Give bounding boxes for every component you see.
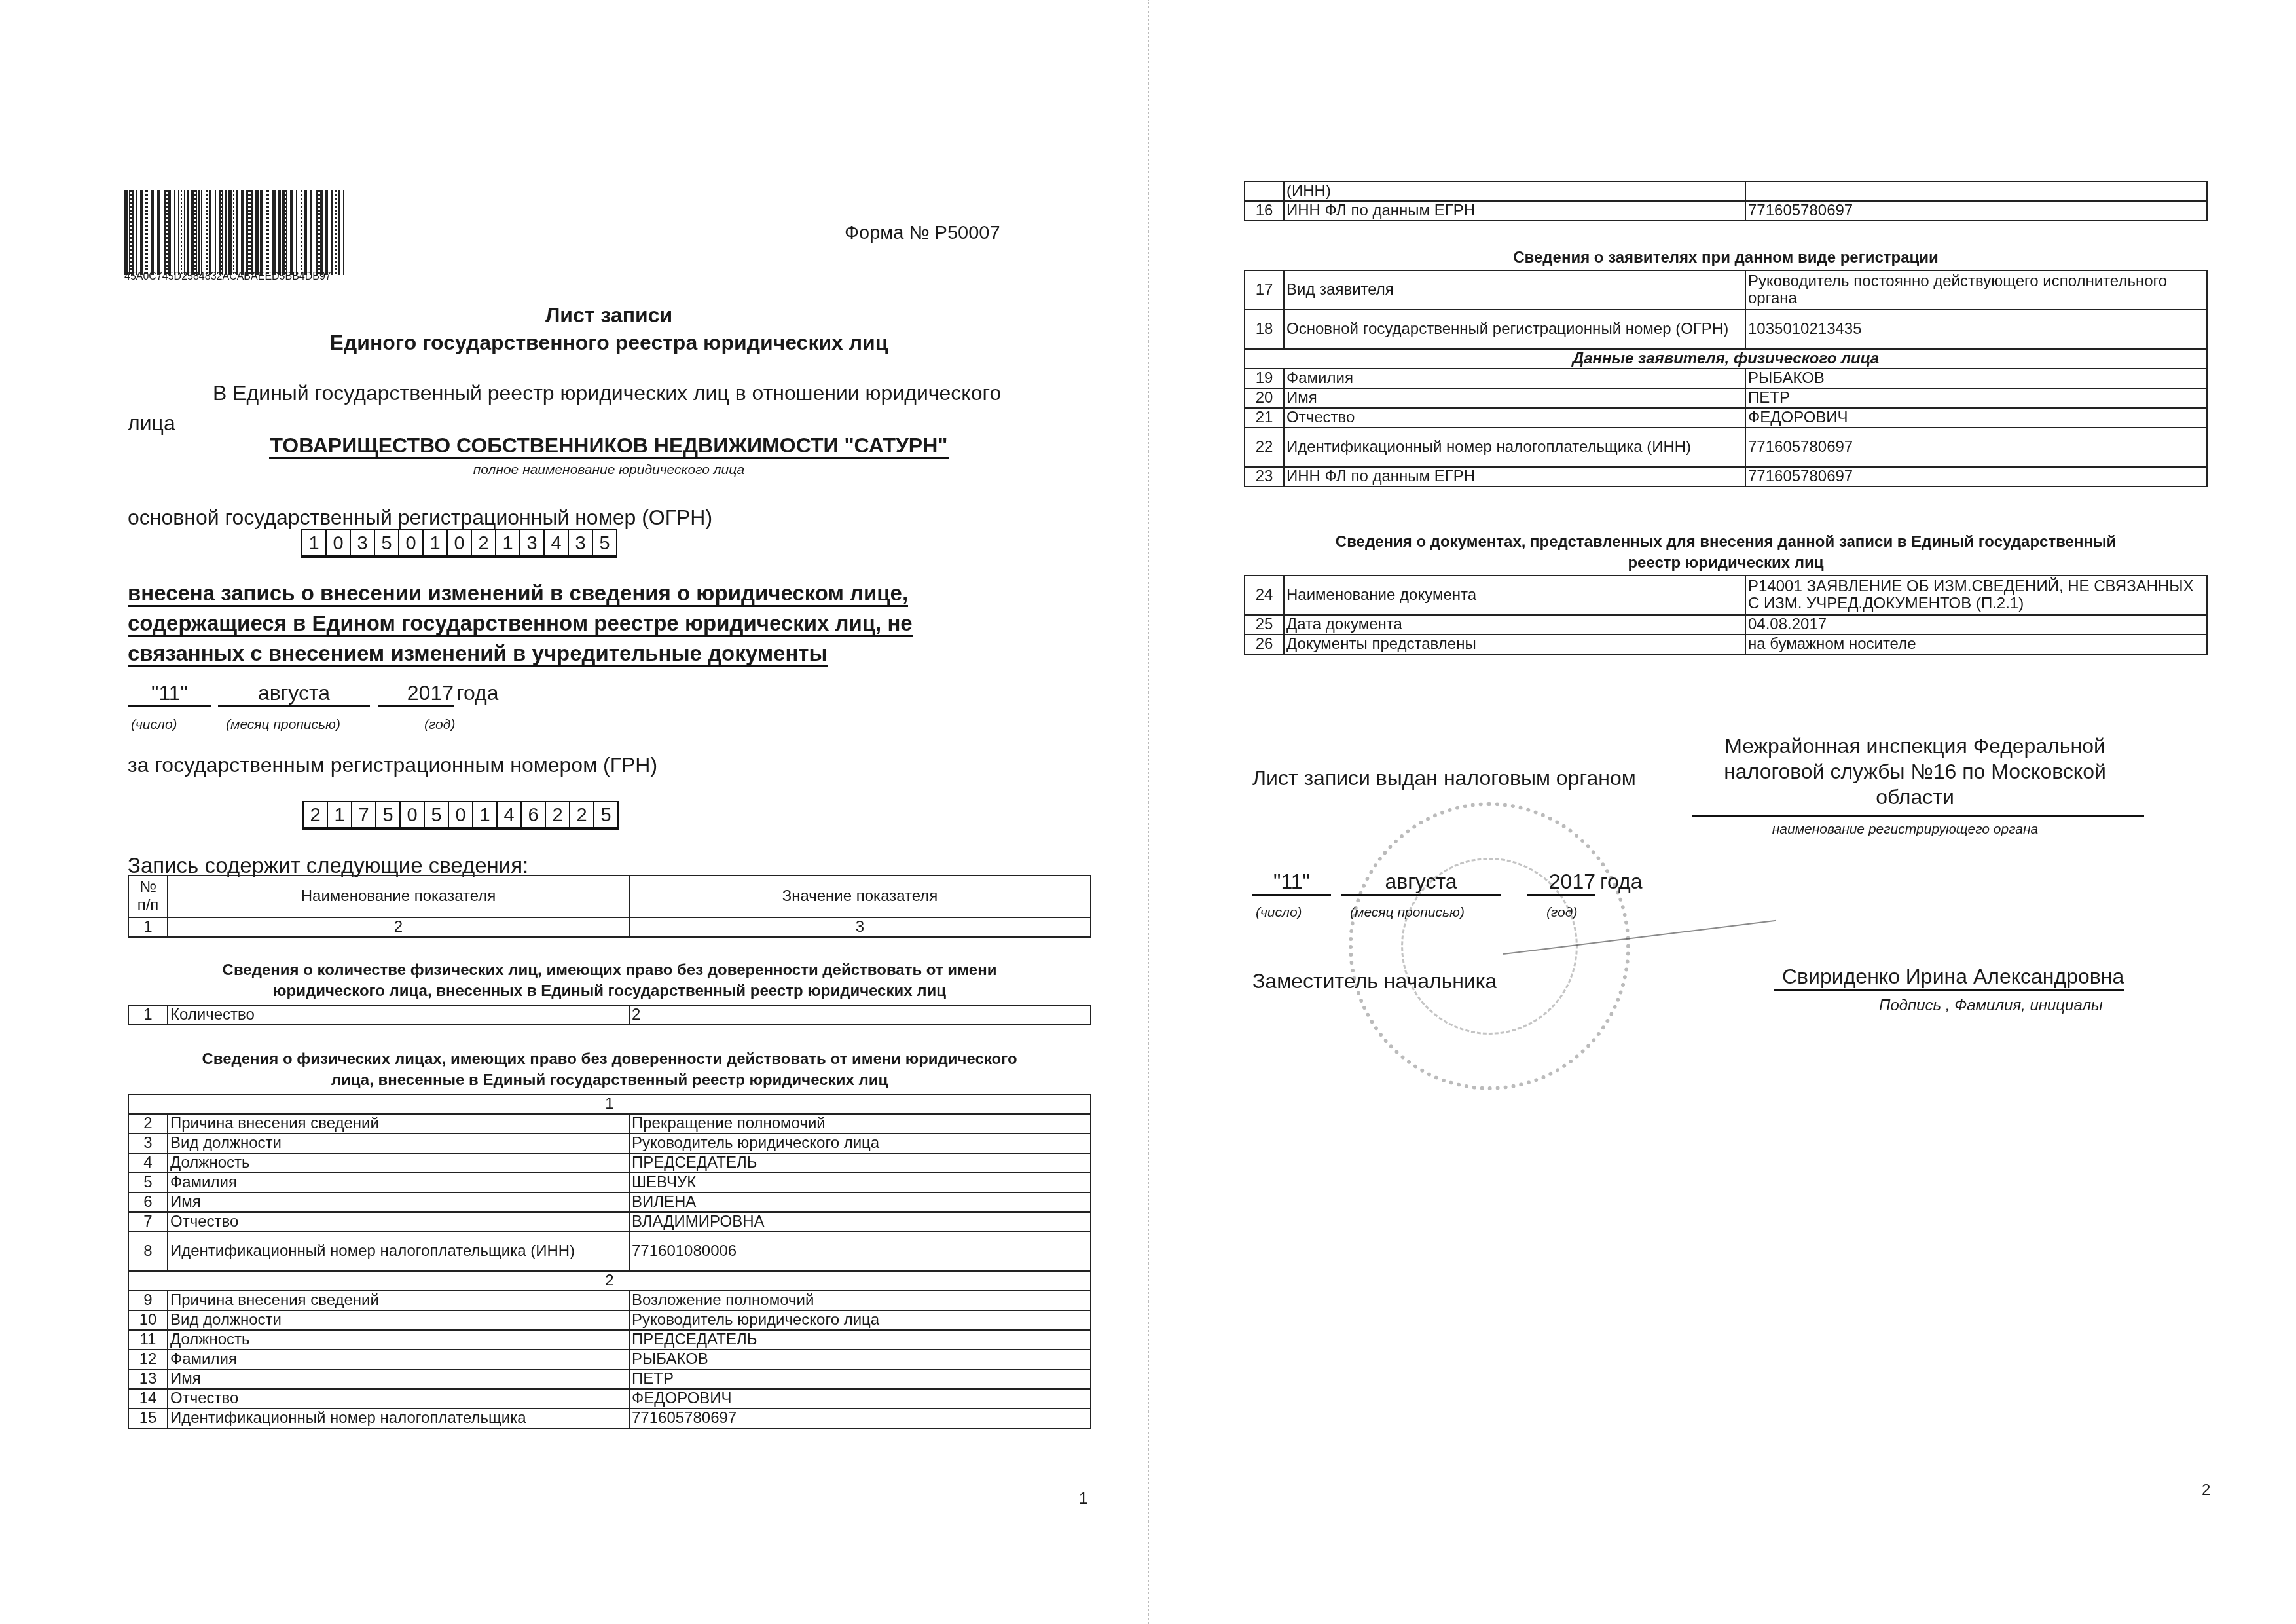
digit-box: 0 — [401, 802, 425, 827]
row-value: 1035010213435 — [1745, 310, 2207, 349]
table-row: 20ИмяПЕТР — [1245, 388, 2207, 408]
document-subtitle: Единого государственного реестра юридиче… — [128, 331, 1090, 355]
section-title-line: лица, внесенные в Единый государственный… — [128, 1070, 1091, 1091]
row-value: ПРЕДСЕДАТЕЛЬ — [629, 1330, 1091, 1350]
row-number: 1 — [128, 1005, 168, 1025]
row-label: Фамилия — [168, 1173, 629, 1192]
table-row: 7ОтчествоВЛАДИМИРОВНА — [128, 1212, 1091, 1232]
row-value: ПРЕДСЕДАТЕЛЬ — [629, 1153, 1091, 1173]
row-number: 2 — [128, 1114, 168, 1134]
row-number: 12 — [128, 1350, 168, 1369]
index-row: 1 2 3 — [128, 917, 1091, 937]
row-number: 9 — [128, 1291, 168, 1310]
row-value: на бумажном носителе — [1745, 635, 2207, 654]
issuer-name: Межрайонная инспекция Федеральной налого… — [1689, 733, 2141, 810]
row-label: Вид должности — [168, 1310, 629, 1330]
section-count-title: Сведения о количестве физических лиц, им… — [128, 960, 1091, 1002]
statement-line1: внесена запись о внесении изменений в св… — [128, 578, 1044, 608]
row-number: 17 — [1245, 270, 1284, 310]
section-title-line: Сведения о документах, представленных дл… — [1244, 532, 2208, 553]
row-number: 6 — [128, 1192, 168, 1212]
statement-line2: содержащиеся в Едином государственном ре… — [128, 608, 1044, 638]
row-label: Основной государственный регистрационный… — [1284, 310, 1745, 349]
table-row: 8Идентификационный номер налогоплательщи… — [128, 1232, 1091, 1271]
date-day-caption: (число) — [1256, 905, 1302, 921]
digit-box: 5 — [594, 802, 617, 827]
row-value: Руководитель юридического лица — [629, 1134, 1091, 1153]
row-value: ФЕДОРОВИЧ — [1745, 408, 2207, 428]
group-header-row: 1 — [128, 1094, 1091, 1114]
row-number: 19 — [1245, 369, 1284, 388]
index-cell: 3 — [629, 917, 1091, 937]
row-label: Отчество — [168, 1212, 629, 1232]
digit-box: 1 — [424, 530, 448, 555]
org-full-name-text: ТОВАРИЩЕСТВО СОБСТВЕННИКОВ НЕДВИЖИМОСТИ … — [269, 434, 949, 459]
date-day-caption: (число) — [131, 717, 177, 733]
table-row: 9Причина внесения сведенийВозложение пол… — [128, 1291, 1091, 1310]
table-row: 2Причина внесения сведенийПрекращение по… — [128, 1114, 1091, 1134]
digit-box: 1 — [328, 802, 352, 827]
table-row: 24Наименование документаР14001 ЗАЯВЛЕНИЕ… — [1245, 576, 2207, 615]
row-value: Возложение полномочий — [629, 1291, 1091, 1310]
row-label: ИНН ФЛ по данным ЕГРН — [1284, 467, 1745, 487]
row-label: Дата документа — [1284, 615, 1745, 635]
digit-box: 5 — [425, 802, 449, 827]
row-value: 2 — [629, 1005, 1091, 1025]
row-label: Вид заявителя — [1284, 270, 1745, 310]
row-label: Вид должности — [168, 1134, 629, 1153]
row-label: Фамилия — [168, 1350, 629, 1369]
row-value: Руководитель юридического лица — [629, 1310, 1091, 1330]
row-label: Должность — [168, 1153, 629, 1173]
row-label: Имя — [1284, 388, 1745, 408]
row-number: 5 — [128, 1173, 168, 1192]
row-label: Идентификационный номер налогоплательщик… — [168, 1409, 629, 1428]
row-value: Руководитель постоянно действующего испо… — [1745, 270, 2207, 310]
row-label: Наименование документа — [1284, 576, 1745, 615]
row-value: 771605780697 — [1745, 201, 2207, 221]
digit-box: 5 — [376, 802, 401, 827]
row-number: 4 — [128, 1153, 168, 1173]
table-row: 1Количество2 — [128, 1005, 1091, 1025]
date-year: 2017 — [1527, 870, 1595, 896]
ogrn-label: основной государственный регистрационный… — [128, 506, 712, 530]
barcode-2d-icon — [124, 190, 383, 275]
row-label: Фамилия — [1284, 369, 1745, 388]
row-number — [1245, 181, 1284, 201]
date-year-caption: (год) — [1546, 905, 1577, 921]
row-label: ИНН ФЛ по данным ЕГРН — [1284, 201, 1745, 221]
group-number: 2 — [128, 1271, 1091, 1291]
row-label: Идентификационный номер налогоплательщик… — [168, 1232, 629, 1271]
signer-position: Заместитель начальника — [1252, 969, 1497, 993]
statement-text: связанных с внесением изменений в учреди… — [128, 641, 828, 667]
digit-box: 1 — [496, 530, 520, 555]
row-number: 8 — [128, 1232, 168, 1271]
digit-box: 2 — [304, 802, 328, 827]
digit-box: 0 — [449, 802, 473, 827]
row-number: 3 — [128, 1134, 168, 1153]
col-num-header: № п/п — [128, 876, 168, 917]
digit-box: 5 — [375, 530, 399, 555]
row-value: ШЕВЧУК — [629, 1173, 1091, 1192]
row-value: ФЕДОРОВИЧ — [629, 1389, 1091, 1409]
table-row: 21ОтчествоФЕДОРОВИЧ — [1245, 408, 2207, 428]
table-row: 14ОтчествоФЕДОРОВИЧ — [128, 1389, 1091, 1409]
digit-box: 3 — [520, 530, 545, 555]
table-row: 10Вид должностиРуководитель юридического… — [128, 1310, 1091, 1330]
form-number: Форма № Р50007 — [845, 223, 1000, 244]
table-row: 4ДолжностьПРЕДСЕДАТЕЛЬ — [128, 1153, 1091, 1173]
col-name-header: Наименование показателя — [168, 876, 629, 917]
row-value: ВИЛЕНА — [629, 1192, 1091, 1212]
row-value: Р14001 ЗАЯВЛЕНИЕ ОБ ИЗМ.СВЕДЕНИЙ, НЕ СВЯ… — [1745, 576, 2207, 615]
digit-box: 4 — [545, 530, 569, 555]
table-row: 12ФамилияРЫБАКОВ — [128, 1350, 1091, 1369]
grn-label: за государственным регистрационным номер… — [128, 753, 657, 777]
subheader-row: Данные заявителя, физического лица — [1245, 349, 2207, 369]
barcode-bar — [344, 190, 346, 275]
continued-table: (ИНН)16ИНН ФЛ по данным ЕГРН771605780697 — [1244, 181, 2208, 221]
table-row: 15Идентификационный номер налогоплательщ… — [128, 1409, 1091, 1428]
table-row: 11ДолжностьПРЕДСЕДАТЕЛЬ — [128, 1330, 1091, 1350]
row-value: 771605780697 — [629, 1409, 1091, 1428]
date-month-caption: (месяц прописью) — [226, 717, 340, 733]
table-row: 5ФамилияШЕВЧУК — [128, 1173, 1091, 1192]
table-row: 19ФамилияРЫБАКОВ — [1245, 369, 2207, 388]
digit-box: 5 — [593, 530, 616, 555]
date-year-caption: (год) — [424, 717, 455, 733]
row-number: 15 — [128, 1409, 168, 1428]
table-row: 17Вид заявителяРуководитель постоянно де… — [1245, 270, 2207, 310]
signer-name: Свириденко Ирина Александровна — [1774, 965, 2124, 991]
date-day: "11" — [128, 681, 211, 707]
table-row: 22Идентификационный номер налогоплательщ… — [1245, 428, 2207, 467]
row-number: 21 — [1245, 408, 1284, 428]
index-cell: 2 — [168, 917, 629, 937]
row-label: Количество — [168, 1005, 629, 1025]
row-number: 23 — [1245, 467, 1284, 487]
date-year: 2017 — [378, 681, 454, 707]
issued-by-label: Лист записи выдан налоговым органом — [1252, 766, 1636, 790]
digit-box: 2 — [472, 530, 496, 555]
statement-text: внесена запись о внесении изменений в св… — [128, 581, 908, 607]
group-number: 1 — [128, 1094, 1091, 1114]
table-row: 26Документы представленына бумажном носи… — [1245, 635, 2207, 654]
row-label: Имя — [168, 1192, 629, 1212]
row-value: ВЛАДИМИРОВНА — [629, 1212, 1091, 1232]
row-number: 13 — [128, 1369, 168, 1389]
table-row: 6ИмяВИЛЕНА — [128, 1192, 1091, 1212]
digit-box: 0 — [399, 530, 424, 555]
table-row: 23ИНН ФЛ по данным ЕГРН771605780697 — [1245, 467, 2207, 487]
section-applicants-title: Сведения о заявителях при данном виде ре… — [1244, 248, 2208, 268]
ogrn-digit-boxes: 1035010213435 — [301, 529, 617, 558]
digit-box: 0 — [327, 530, 351, 555]
row-label: (ИНН) — [1284, 181, 1745, 201]
documents-table: 24Наименование документаР14001 ЗАЯВЛЕНИЕ… — [1244, 575, 2208, 655]
digit-box: 1 — [302, 530, 327, 555]
digit-box: 4 — [498, 802, 522, 827]
row-number: 16 — [1245, 201, 1284, 221]
header-table: № п/п Наименование показателя Значение п… — [128, 875, 1091, 938]
section-title-line: Сведения о количестве физических лиц, им… — [128, 960, 1091, 981]
row-label: Отчество — [168, 1389, 629, 1409]
grn-digit-boxes: 2175050146225 — [302, 801, 619, 830]
row-number: 22 — [1245, 428, 1284, 467]
row-value: 04.08.2017 — [1745, 615, 2207, 635]
digit-box: 3 — [569, 530, 593, 555]
row-value: Прекращение полномочий — [629, 1114, 1091, 1134]
section-persons-title: Сведения о физических лицах, имеющих пра… — [128, 1049, 1091, 1091]
header-row: № п/п Наименование показателя Значение п… — [128, 876, 1091, 917]
row-number: 25 — [1245, 615, 1284, 635]
row-label: Причина внесения сведений — [168, 1291, 629, 1310]
section-title-line: юридического лица, внесенных в Единый го… — [128, 981, 1091, 1002]
row-number: 24 — [1245, 576, 1284, 615]
date-month: августа — [218, 681, 370, 707]
section-title-line: Сведения о физических лицах, имеющих пра… — [128, 1049, 1091, 1070]
digit-box: 2 — [546, 802, 570, 827]
table-row: 18Основной государственный регистрационн… — [1245, 310, 2207, 349]
persons-table: 12Причина внесения сведенийПрекращение п… — [128, 1094, 1091, 1429]
barcode-code: 45A0C745D2584832ACABAEED5BB4DB97 — [124, 271, 331, 283]
intro-text-line1: В Единый государственный реестр юридичес… — [213, 381, 1001, 405]
group-header-row: 2 — [128, 1271, 1091, 1291]
digit-box: 7 — [352, 802, 376, 827]
page-number: 1 — [1079, 1490, 1087, 1508]
issuer-caption: наименование регистрирующего органа — [1692, 822, 2118, 838]
col-value-header: Значение показателя — [629, 876, 1091, 917]
row-value: ПЕТР — [629, 1369, 1091, 1389]
table-row: 13ИмяПЕТР — [128, 1369, 1091, 1389]
row-value: 771605780697 — [1745, 428, 2207, 467]
row-value: 771605780697 — [1745, 467, 2207, 487]
row-number: 26 — [1245, 635, 1284, 654]
digit-box: 3 — [351, 530, 375, 555]
document-title: Лист записи — [128, 303, 1090, 327]
row-number: 14 — [128, 1389, 168, 1409]
row-value: 771601080006 — [629, 1232, 1091, 1271]
applicant-table: 17Вид заявителяРуководитель постоянно де… — [1244, 270, 2208, 487]
row-value: ПЕТР — [1745, 388, 2207, 408]
row-label: Отчество — [1284, 408, 1745, 428]
digit-box: 1 — [473, 802, 498, 827]
date-month-caption: (месяц прописью) — [1350, 905, 1465, 921]
page-divider — [1148, 0, 1149, 1624]
row-number: 11 — [128, 1330, 168, 1350]
org-name-caption: полное наименование юридического лица — [128, 462, 1090, 478]
digit-box: 0 — [448, 530, 472, 555]
row-number: 20 — [1245, 388, 1284, 408]
row-number: 18 — [1245, 310, 1284, 349]
row-number: 10 — [128, 1310, 168, 1330]
digit-box: 6 — [522, 802, 546, 827]
date-month: августа — [1341, 870, 1501, 896]
intro-text-line2: лица — [128, 411, 175, 435]
page-number: 2 — [2202, 1481, 2210, 1500]
row-label: Должность — [168, 1330, 629, 1350]
table-row: 16ИНН ФЛ по данным ЕГРН771605780697 — [1245, 201, 2207, 221]
row-label: Идентификационный номер налогоплательщик… — [1284, 428, 1745, 467]
org-full-name: ТОВАРИЩЕСТВО СОБСТВЕННИКОВ НЕДВИЖИМОСТИ … — [128, 434, 1090, 458]
signer-caption: Подпись , Фамилия, инициалы — [1879, 997, 2103, 1015]
table-row: (ИНН) — [1245, 181, 2207, 201]
issuer-underline — [1692, 815, 2144, 817]
row-label: Документы представлены — [1284, 635, 1745, 654]
index-cell: 1 — [128, 917, 168, 937]
statement-line3: связанных с внесением изменений в учреди… — [128, 638, 1044, 669]
row-label: Имя — [168, 1369, 629, 1389]
table-row: 25Дата документа04.08.2017 — [1245, 615, 2207, 635]
applicant-subheader: Данные заявителя, физического лица — [1245, 349, 2207, 369]
count-table: 1Количество2 — [128, 1005, 1091, 1025]
section-docs-title: Сведения о документах, представленных дл… — [1244, 532, 2208, 574]
row-number: 7 — [128, 1212, 168, 1232]
statement-text: содержащиеся в Едином государственном ре… — [128, 611, 913, 637]
section-title-line: реестр юридических лиц — [1244, 553, 2208, 574]
date-year-suffix: года — [456, 681, 499, 705]
digit-box: 2 — [570, 802, 594, 827]
table-row: 3Вид должностиРуководитель юридического … — [128, 1134, 1091, 1153]
date-day: "11" — [1252, 870, 1331, 896]
row-value: РЫБАКОВ — [1745, 369, 2207, 388]
row-label: Причина внесения сведений — [168, 1114, 629, 1134]
row-value: РЫБАКОВ — [629, 1350, 1091, 1369]
row-value — [1745, 181, 2207, 201]
date-year-suffix: года — [1600, 870, 1643, 894]
